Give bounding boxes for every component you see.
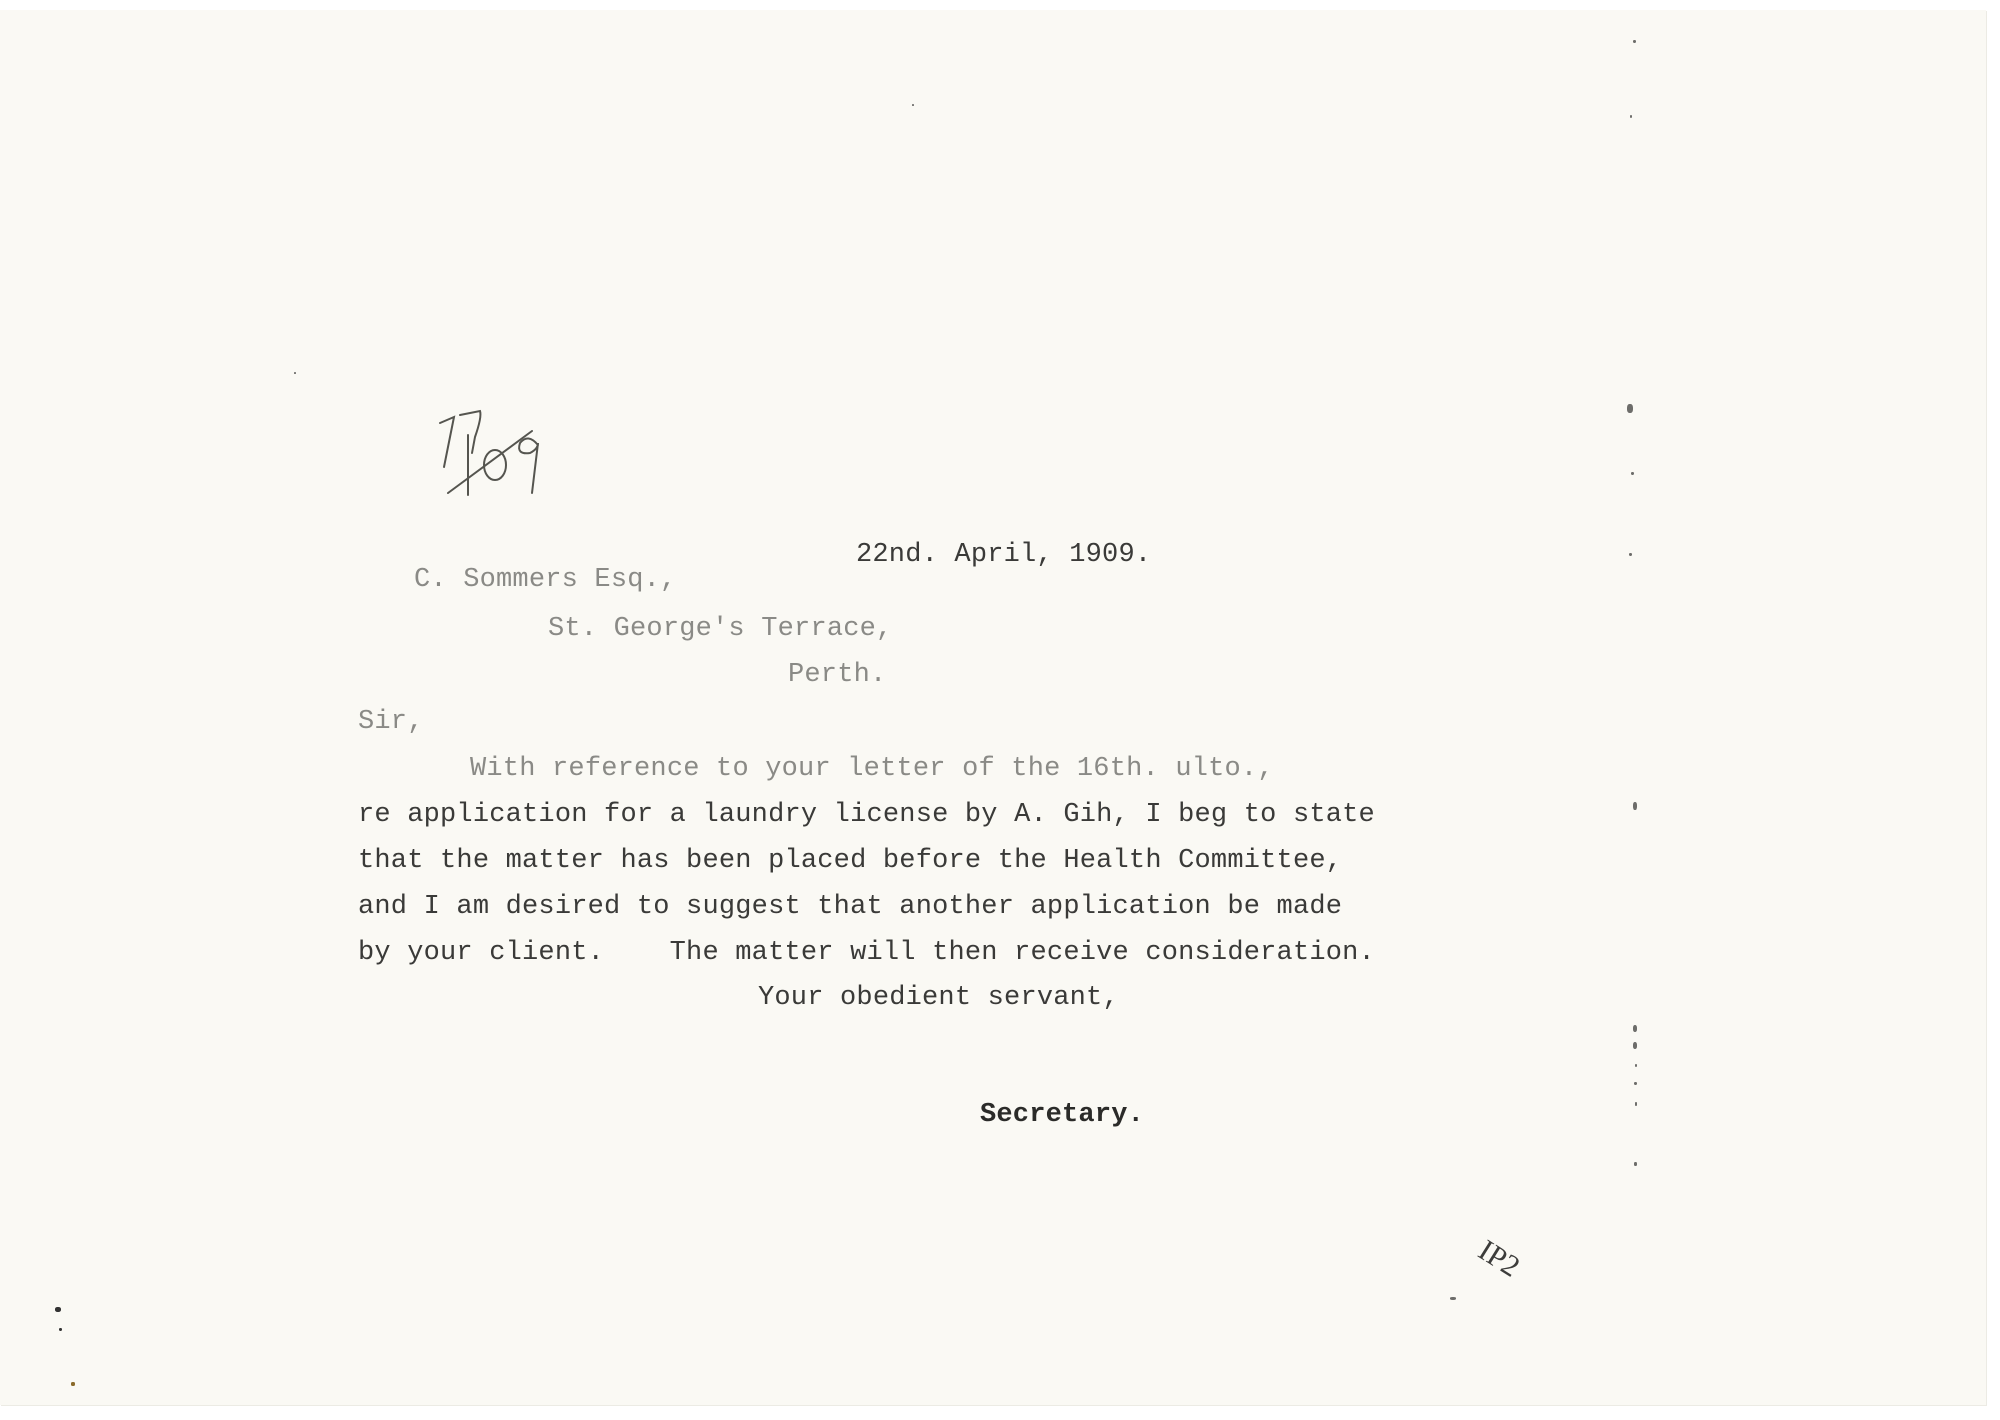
- scan-speck: [1635, 1102, 1637, 1106]
- scan-speck: [1631, 472, 1634, 475]
- salutation: Sir,: [358, 709, 424, 736]
- body-line: and I am desired to suggest that another…: [358, 894, 1342, 921]
- scan-speck: [1629, 553, 1632, 556]
- scan-speck: [912, 104, 914, 106]
- stamp-mark: IP2: [1472, 1234, 1525, 1285]
- handwritten-file-number: 77/09: [420, 395, 570, 505]
- scan-speck: [1634, 1082, 1637, 1085]
- letter-date: 22nd. April, 1909.: [856, 542, 1151, 569]
- recipient-street: St. George's Terrace,: [548, 616, 892, 643]
- scan-speck: [1450, 1297, 1456, 1300]
- scan-speck: [71, 1382, 75, 1386]
- scan-speck: [1633, 1042, 1637, 1049]
- letter-page: 77/09 22nd. April, 1909. C. Sommers Esq.…: [0, 10, 1986, 1405]
- scan-speck: [1633, 802, 1637, 810]
- body-line: re application for a laundry license by …: [358, 802, 1375, 829]
- scan-speck: [1634, 1162, 1637, 1166]
- signature-title: Secretary.: [980, 1102, 1144, 1129]
- recipient-city: Perth.: [788, 662, 886, 689]
- scan-speck: [55, 1307, 61, 1312]
- scan-speck: [59, 1328, 62, 1331]
- scan-speck: [1635, 1064, 1637, 1067]
- body-line: that the matter has been placed before t…: [358, 848, 1342, 875]
- scan-speck: [294, 372, 296, 374]
- scan-speck: [1627, 404, 1633, 413]
- closing: Your obedient servant,: [758, 985, 1119, 1012]
- scan-speck: [1633, 1025, 1637, 1032]
- body-line: by your client. The matter will then rec…: [358, 940, 1375, 967]
- body-line: With reference to your letter of the 16t…: [470, 756, 1274, 783]
- scan-speck: [1630, 115, 1632, 118]
- recipient-name: C. Sommers Esq.,: [414, 567, 676, 594]
- scan-speck: [1633, 40, 1636, 43]
